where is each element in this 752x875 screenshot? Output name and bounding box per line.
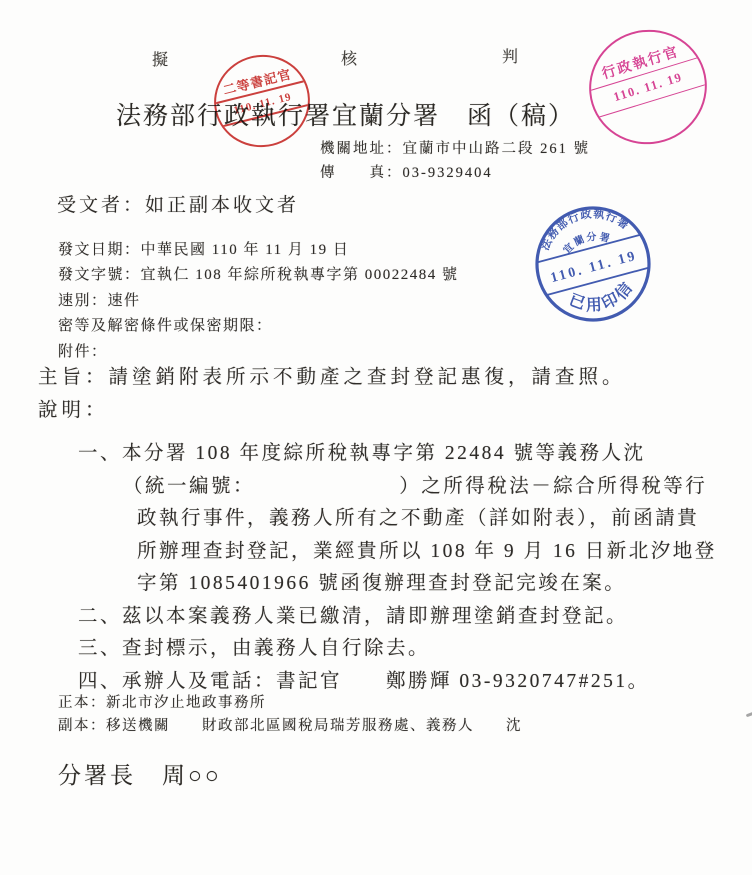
body-line-item1-cont2: 政執行事件，義務人所有之不動產（詳如附表），前函請貴 [137,503,752,536]
body-line-item1-cont3: 所辦理查封登記，業經貴所以 108 年 9 月 16 日新北汐地登 [137,536,752,569]
body-line-item1-cont4: 字第 1085401966 號函復辦理查封登記完竣在案。 [137,568,752,601]
seal-agency-arc-text: 法務部行政執行署 [531,196,635,255]
body-line-item1: 一、本分署 108 年度綜所稅執專字第 22484 號等義務人沈 [78,438,752,471]
document-body: 一、本分署 108 年度綜所稅執專字第 22484 號等義務人沈 （統一編號： … [0,438,752,698]
agency-address-line: 機關地址：宜蘭市中山路二段 261 號 [320,137,590,158]
document-meta-block: 發文日期：中華民國 110 年 11 月 19 日 發文字號：宜執仁 108 年… [58,238,459,365]
body-line-item3: 三、查封標示，由義務人自行除去。 [78,633,752,666]
explanation-heading: 說明： [38,394,109,422]
meta-line-issue-date: 發文日期：中華民國 110 年 11 月 19 日 [58,238,459,263]
office-seal-stamp: 法務部行政執行署 宜蘭分署 110. 11. 19 已用印信 [523,196,663,336]
approval-label-approve: 判 [502,44,520,67]
reviewer-stamp: 二等書記官 110. 11. 19 [204,45,319,157]
subject-line: 主旨：請塗銷附表所示不動產之查封登記惠復，請查照。 [38,361,626,389]
body-line-item1-cont1: （統一編號： ）之所得稅法－綜合所得稅等行 [123,471,752,504]
approval-label-draft: 擬 [152,47,170,70]
distribution-original-line: 正本：新北市汐止地政事務所 [58,691,266,712]
meta-line-issue-number: 發文字號：宜執仁 108 年綜所稅執專字第 00022484 號 [58,263,459,288]
scan-artifact [746,712,752,718]
agency-fax-line: 傳 真：03-9329404 [320,161,493,182]
scanned-official-letter: 擬 核 判 法務部行政執行署宜蘭分署 函（稿） 機關地址：宜蘭市中山路二段 26… [0,0,752,875]
body-line-item2: 二、茲以本案義務人業已繳清，請即辦理塗銷查封登記。 [78,601,752,634]
meta-line-classification: 密等及解密條件或保密期限： [58,314,459,339]
meta-line-priority: 速別：速件 [58,289,459,314]
officer-stamp: 行政執行官 110. 11. 19 [575,15,721,159]
signature-line: 分署長 周○○ [58,757,222,790]
svg-text:法務部行政執行署: 法務部行政執行署 [531,196,635,255]
approval-label-review: 核 [341,46,359,69]
distribution-copy-line: 副本：移送機關 財政部北區國稅局瑞芳服務處、義務人 沈 [58,714,522,735]
document-title: 法務部行政執行署宜蘭分署 函（稿） [116,96,575,132]
recipient-line: 受文者：如正副本收文者 [57,190,299,217]
